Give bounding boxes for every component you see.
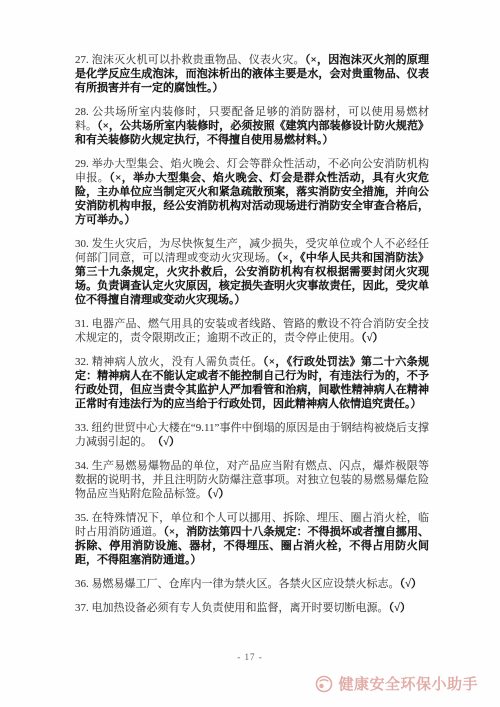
question-statement: 33. 纽约世贸中心大楼在“9.11”事件中倒塌的原因是由于钢结构被烧后支撑力减…	[75, 422, 429, 448]
question-answer: （×，公共场所室内装修时，必须按照《建筑内部装修设计防火规范》和有关装修防火规定…	[75, 120, 429, 146]
question-item-35: 35. 在特殊情况下，单位和个人可以挪用、拆除、埋压、圈占消火栓，临时占用消防通…	[75, 511, 429, 567]
question-item-36: 36. 易燃易爆工厂、仓库内一律为禁火区。各禁火区应设禁火标志。（√）	[75, 577, 429, 591]
question-item-27: 27. 泡沫灭火机可以扑救贵重物品、仪表火灾。（×，因泡沫灭火剂的原理是化学反应…	[75, 53, 429, 95]
question-item-30: 30. 发生火灾后，为尽快恢复生产，减少损失，受灾单位或个人不必经任何部门同意，…	[75, 237, 429, 307]
question-statement: 36. 易燃易爆工厂、仓库内一律为禁火区。各禁火区应设禁火标志。	[75, 578, 400, 590]
question-answer: （√）	[207, 488, 230, 500]
question-item-32: 32. 精神病人放火，没有人需负责任。（×，《行政处罚法》第二十六条规定：精神病…	[75, 355, 429, 411]
question-item-37: 37. 电加热设备必须有专人负责使用和监督，离开时要切断电源。（√）	[75, 601, 429, 615]
question-statement: 34. 生产易燃易爆物品的单位，对产品应当附有燃点、闪点，爆炸极限等数据的说明书…	[75, 460, 429, 500]
page-number: - 17 -	[0, 652, 500, 662]
question-item-33: 33. 纽约世贸中心大楼在“9.11”事件中倒塌的原因是由于钢结构被烧后支撑力减…	[75, 421, 429, 449]
watermark-text: 健康安全环保小助手	[338, 673, 478, 694]
question-answer: （×，举办大型集会、焰火晚会、灯会是群众性活动，具有火灾危险，主办单位应当制定灭…	[75, 172, 429, 226]
question-answer: （√）	[389, 602, 412, 614]
question-statement: 32. 精神病人放火，没有人需负责任。	[75, 356, 263, 368]
watermark: 健康安全环保小助手	[315, 673, 478, 694]
question-item-31: 31. 电器产品、燃气用具的安装或者线路、管路的敷设不符合消防安全技术规定的，责…	[75, 317, 429, 345]
mascot-logo-icon	[315, 675, 333, 693]
question-item-28: 28. 公共场所室内装修时，只要配备足够的消防器材，可以使用易燃材料。（×，公共…	[75, 105, 429, 147]
question-item-34: 34. 生产易燃易爆物品的单位，对产品应当附有燃点、闪点，爆炸极限等数据的说明书…	[75, 459, 429, 501]
question-answer: （√）	[158, 436, 181, 448]
document-page: 27. 泡沫灭火机可以扑救贵重物品、仪表火灾。（×，因泡沫灭火剂的原理是化学反应…	[0, 0, 500, 707]
question-answer: （√）	[400, 578, 423, 590]
question-list: 27. 泡沫灭火机可以扑救贵重物品、仪表火灾。（×，因泡沫灭火剂的原理是化学反应…	[75, 53, 429, 625]
question-statement: 37. 电加热设备必须有专人负责使用和监督，离开时要切断电源。	[75, 602, 389, 614]
question-item-29: 29. 举办大型集会、焰火晚会、灯会等群众性活动，不必向公安消防机构申报。（×，…	[75, 157, 429, 227]
question-answer: （√）	[361, 332, 384, 344]
question-statement: 27. 泡沫灭火机可以扑救贵重物品、仪表火灾。	[75, 54, 305, 66]
